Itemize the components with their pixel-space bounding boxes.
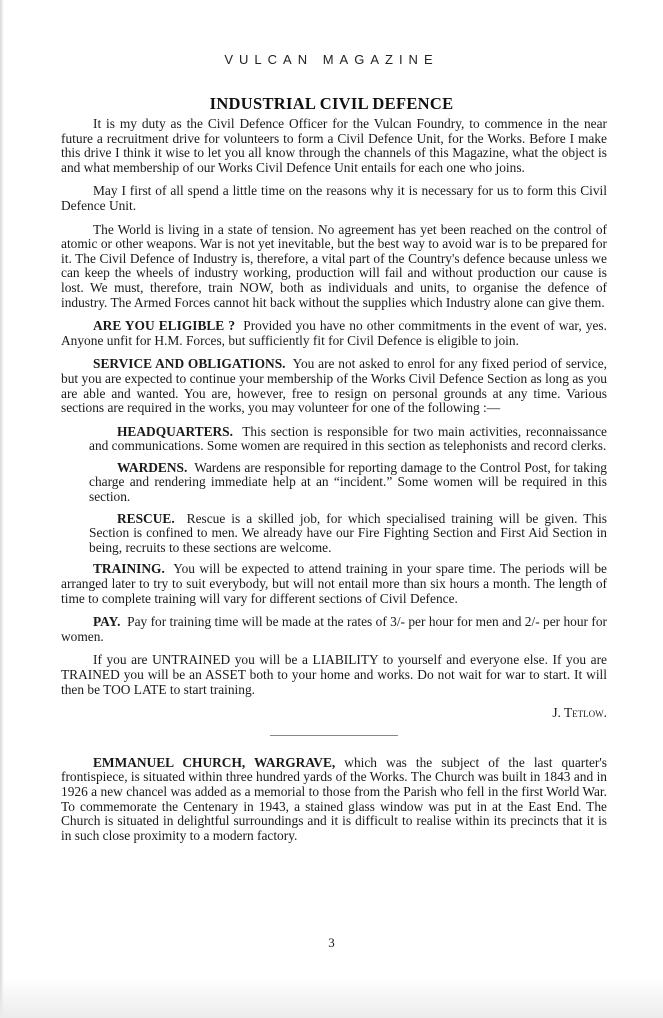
article-title: INDUSTRIAL CIVIL DEFENCE	[0, 94, 663, 114]
section-divider	[270, 735, 398, 736]
magazine-masthead: VULCAN MAGAZINE	[0, 52, 663, 67]
page-edge-shadow	[0, 0, 4, 1018]
reasons-intro-paragraph: May I first of all spend a little time o…	[61, 184, 607, 213]
headquarters-paragraph: HEADQUARTERS. This section is responsibl…	[89, 425, 607, 454]
service-paragraph: SERVICE AND OBLIGATIONS. You are not ask…	[61, 357, 607, 415]
pay-text: Pay for training time will be made at th…	[61, 614, 607, 644]
pay-heading: PAY.	[93, 614, 120, 629]
training-heading: TRAINING.	[93, 561, 165, 576]
training-paragraph: TRAINING. You will be expected to attend…	[61, 562, 607, 606]
page-bottom-shadow	[0, 978, 663, 1018]
headquarters-heading: HEADQUARTERS.	[117, 424, 233, 439]
church-heading: EMMANUEL CHURCH, WARGRAVE,	[93, 755, 335, 770]
closing-paragraph: If you are UNTRAINED you will be a LIABI…	[61, 653, 607, 697]
rescue-heading: RESCUE.	[117, 511, 175, 526]
eligible-paragraph: ARE YOU ELIGIBLE ? Provided you have no …	[61, 319, 607, 348]
page-number: 3	[0, 935, 663, 951]
wardens-heading: WARDENS.	[117, 460, 187, 475]
pay-paragraph: PAY. Pay for training time will be made …	[61, 615, 607, 644]
service-heading: SERVICE AND OBLIGATIONS.	[93, 356, 286, 371]
rescue-paragraph: RESCUE. Rescue is a skilled job, for whi…	[89, 512, 607, 556]
reasons-paragraph: The World is living in a state of tensio…	[61, 223, 607, 311]
intro-paragraph: It is my duty as the Civil Defence Offic…	[61, 117, 607, 175]
article-body: It is my duty as the Civil Defence Offic…	[61, 117, 607, 852]
church-paragraph: EMMANUEL CHURCH, WARGRAVE, which was the…	[61, 756, 607, 844]
wardens-paragraph: WARDENS. Wardens are responsible for rep…	[89, 461, 607, 505]
eligible-heading: ARE YOU ELIGIBLE ?	[93, 318, 235, 333]
author-signature: J. Tetlow.	[61, 706, 607, 721]
